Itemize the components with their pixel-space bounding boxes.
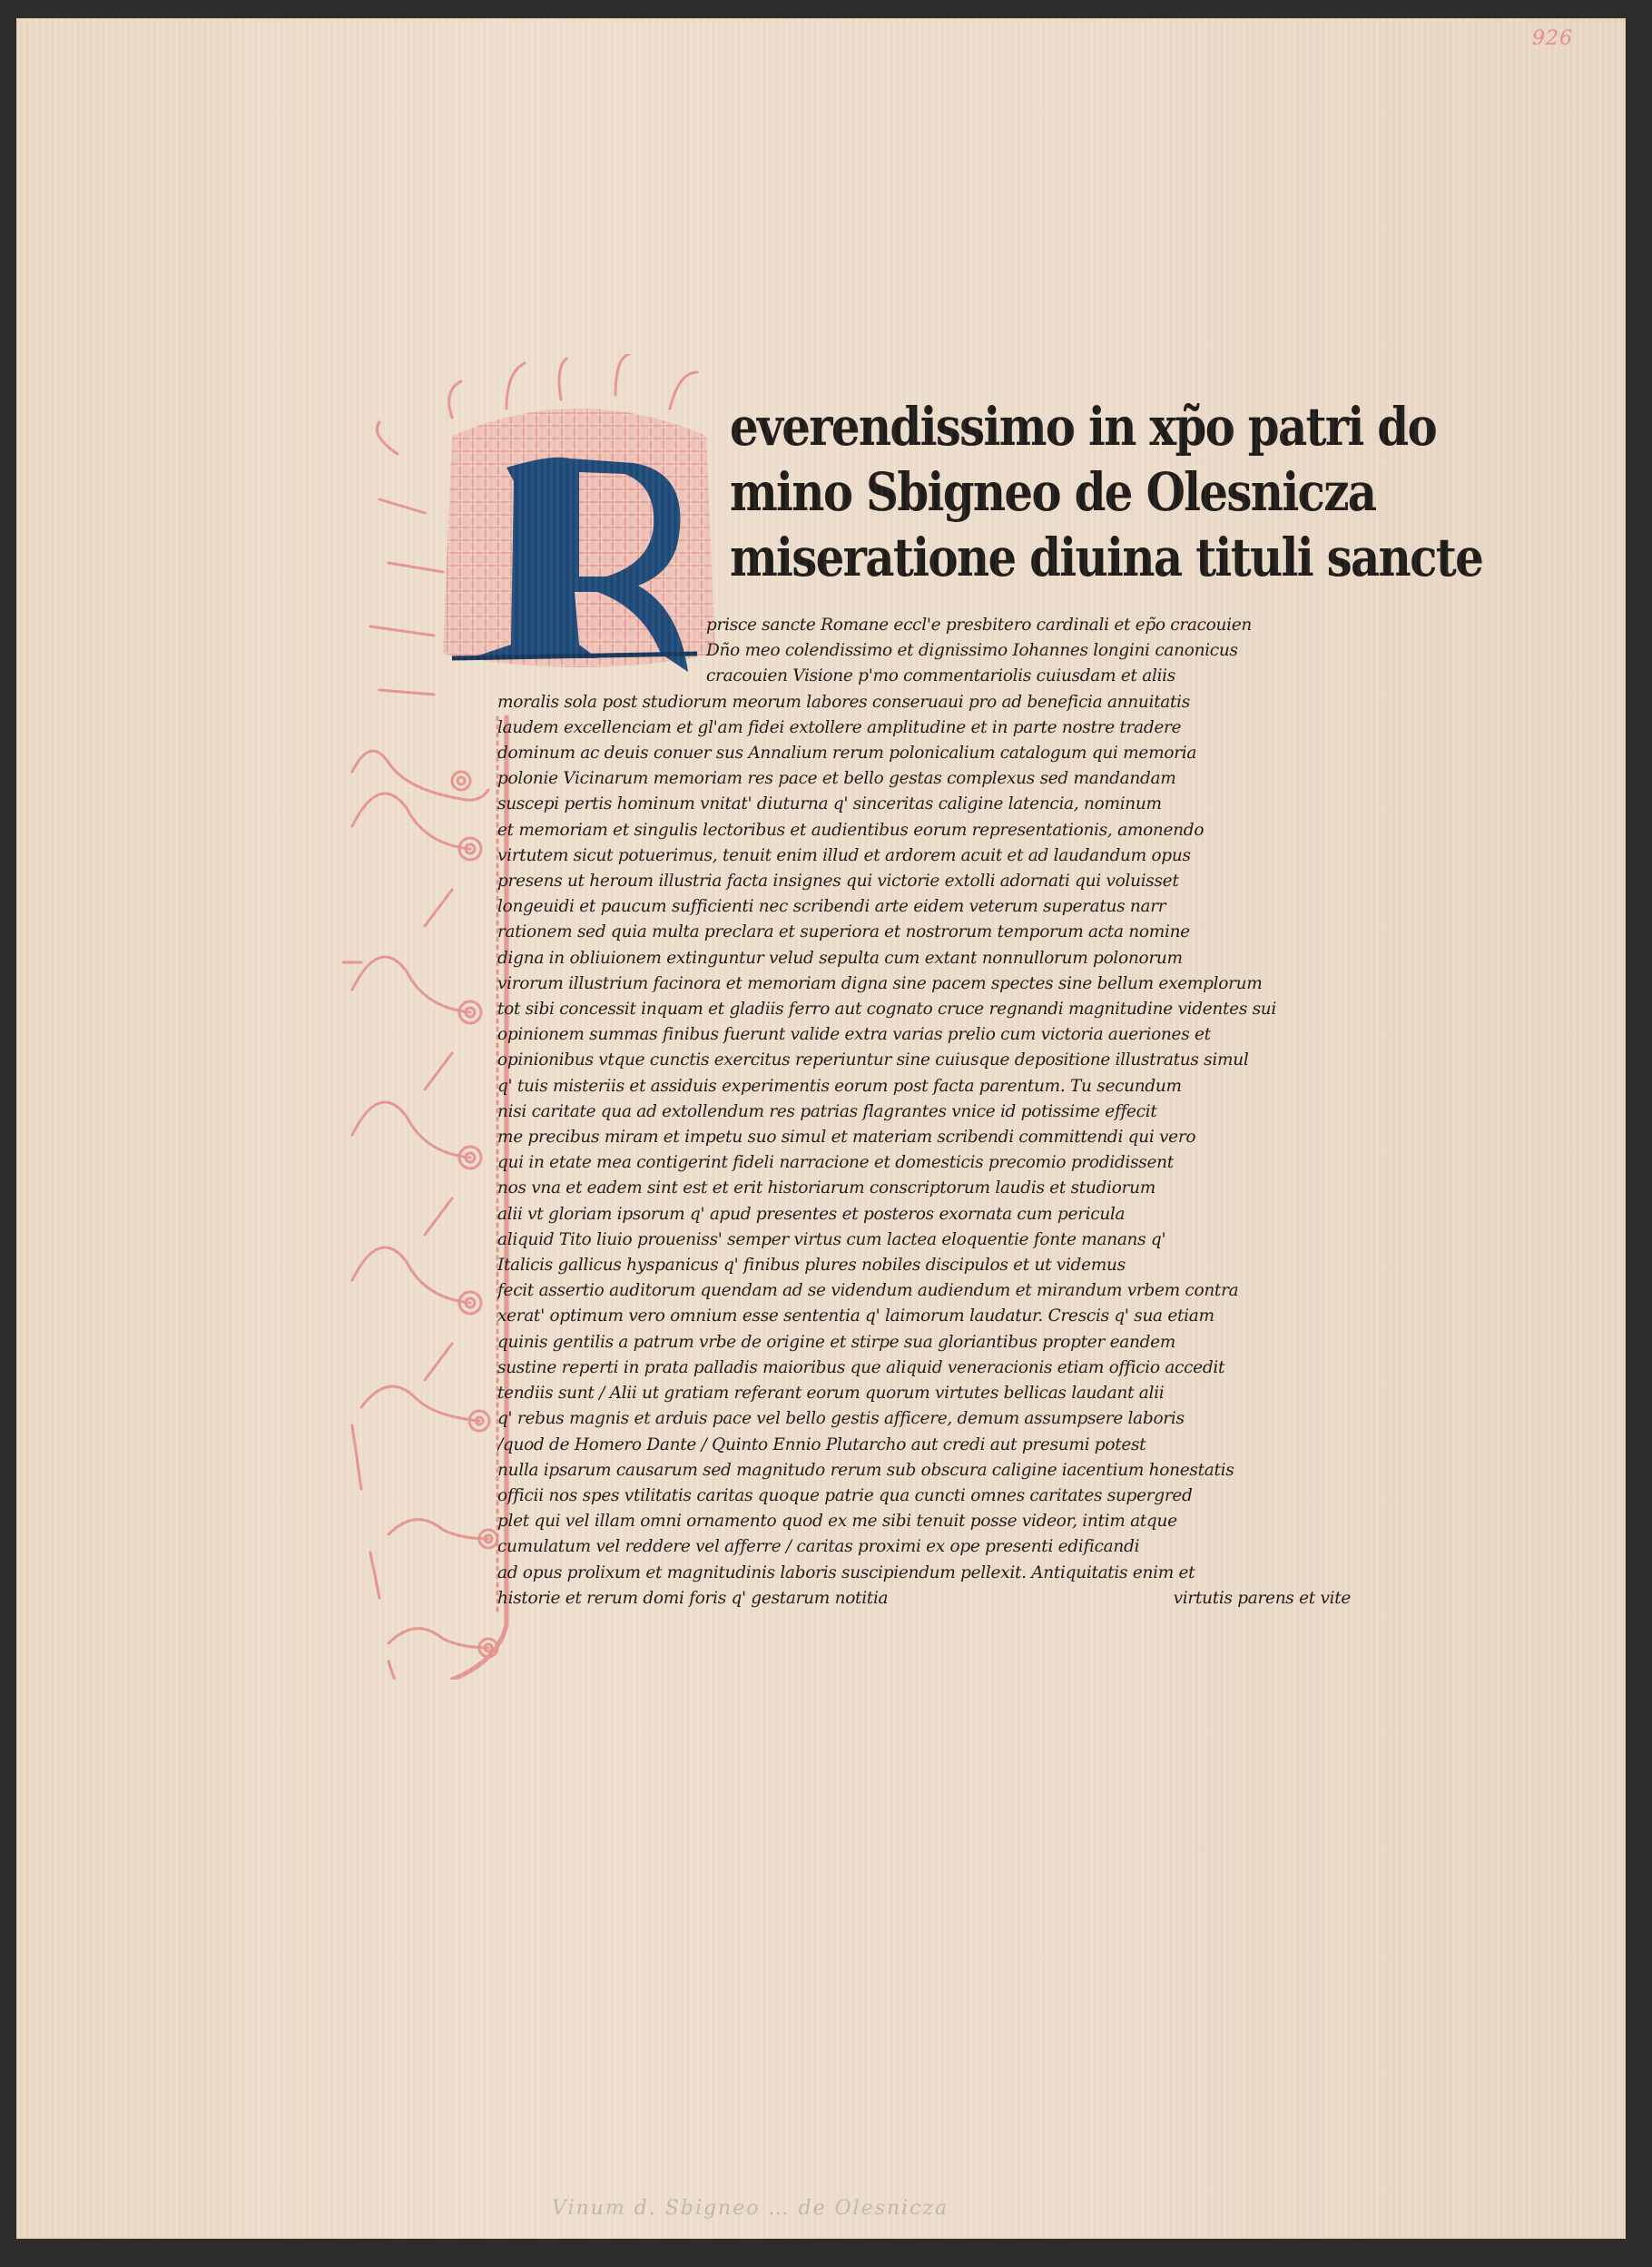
text-line: laudem excellenciam et gl'am fidei extol… [497, 715, 1369, 741]
text-line: et memoriam et singulis lectoribus et au… [497, 818, 1369, 843]
text-line: presens ut heroum illustria facta insign… [497, 869, 1369, 894]
text-line: digna in obliuionem extinguntur velud se… [497, 946, 1369, 971]
manuscript-page: 926 [16, 18, 1626, 2239]
text-line: polonie Vicinarum memoriam res pace et b… [497, 766, 1369, 792]
text-line: ad opus prolixum et magnitudinis laboris… [497, 1561, 1369, 1586]
folio-number: 926 [1532, 27, 1573, 50]
text-line: moralis sola post studiorum meorum labor… [497, 690, 1369, 715]
last-line-right: virtutis parens et vite [1174, 1586, 1351, 1612]
text-line: quinis gentilis a patrum vrbe de origine… [497, 1330, 1369, 1355]
manuscript-body: prisce sancte Romane eccl'e presbitero c… [497, 613, 1369, 1612]
text-line: suscepi pertis hominum vnitat' diuturna … [497, 792, 1369, 817]
text-line: opinionem summas finibus fuerunt valide … [497, 1022, 1369, 1048]
text-line: longeuidi et paucum sufficienti nec scri… [497, 894, 1369, 920]
text-line: nisi caritate qua ad extollendum res pat… [497, 1099, 1369, 1125]
text-line: fecit assertio auditorum quendam ad se v… [497, 1278, 1369, 1304]
display-line-1: everendissimo in xp̃o patri do [730, 399, 1436, 454]
text-line: dominum ac deuis conuer sus Annalium rer… [497, 741, 1369, 766]
pencil-annotation: Vinum d. Sbigneo … de Olesnicza [552, 2197, 949, 2220]
text-line: tot sibi concessit inquam et gladiis fer… [497, 997, 1369, 1022]
text-line: q' tuis misteriis et assiduis experiment… [497, 1074, 1369, 1099]
text-line: Italicis gallicus hyspanicus q' finibus … [497, 1253, 1369, 1278]
display-line-3: miseratione diuina tituli sancte [730, 530, 1482, 585]
text-line: aliquid Tito liuio proueniss' semper vir… [497, 1227, 1369, 1253]
text-line: prisce sancte Romane eccl'e presbitero c… [497, 613, 1369, 638]
text-line: me precibus miram et impetu suo simul et… [497, 1125, 1369, 1150]
text-line: virtutem sicut potuerimus, tenuit enim i… [497, 843, 1369, 869]
text-line: qui in etate mea contigerint fideli narr… [497, 1150, 1369, 1176]
text-line: opinionibus vtque cunctis exercitus repe… [497, 1048, 1369, 1073]
last-line-left: historie et rerum domi foris q' gestarum… [497, 1586, 888, 1612]
text-line: alii vt gloriam ipsorum q' apud presente… [497, 1202, 1369, 1227]
last-text-line: historie et rerum domi foris q' gestarum… [497, 1586, 1351, 1612]
text-line: tendiis sunt / Alii ut gratiam referant … [497, 1381, 1369, 1406]
text-line: virorum illustrium facinora et memoriam … [497, 971, 1369, 997]
text-line: nos vna et eadem sint est et erit histor… [497, 1176, 1369, 1201]
text-line: xerat' optimum vero omnium esse sententi… [497, 1304, 1369, 1329]
display-line-2: mino Sbigneo de Olesnicza [730, 465, 1375, 519]
text-line: plet qui vel illam omni ornamento quod e… [497, 1509, 1369, 1534]
text-line: Dño meo colendissimo et dignissimo Iohan… [497, 638, 1369, 664]
text-line: /quod de Homero Dante / Quinto Ennio Plu… [497, 1433, 1369, 1458]
text-line: nulla ipsarum causarum sed magnitudo rer… [497, 1458, 1369, 1483]
text-line: cracouien Visione p'mo commentariolis cu… [497, 664, 1369, 689]
text-line: cumulatum vel reddere vel afferre / cari… [497, 1534, 1369, 1560]
text-line: sustine reperti in prata palladis maiori… [497, 1355, 1369, 1381]
text-line: officii nos spes vtilitatis caritas quoq… [497, 1483, 1369, 1509]
text-line: rationem sed quia multa preclara et supe… [497, 920, 1369, 945]
text-line: q' rebus magnis et arduis pace vel bello… [497, 1406, 1369, 1432]
